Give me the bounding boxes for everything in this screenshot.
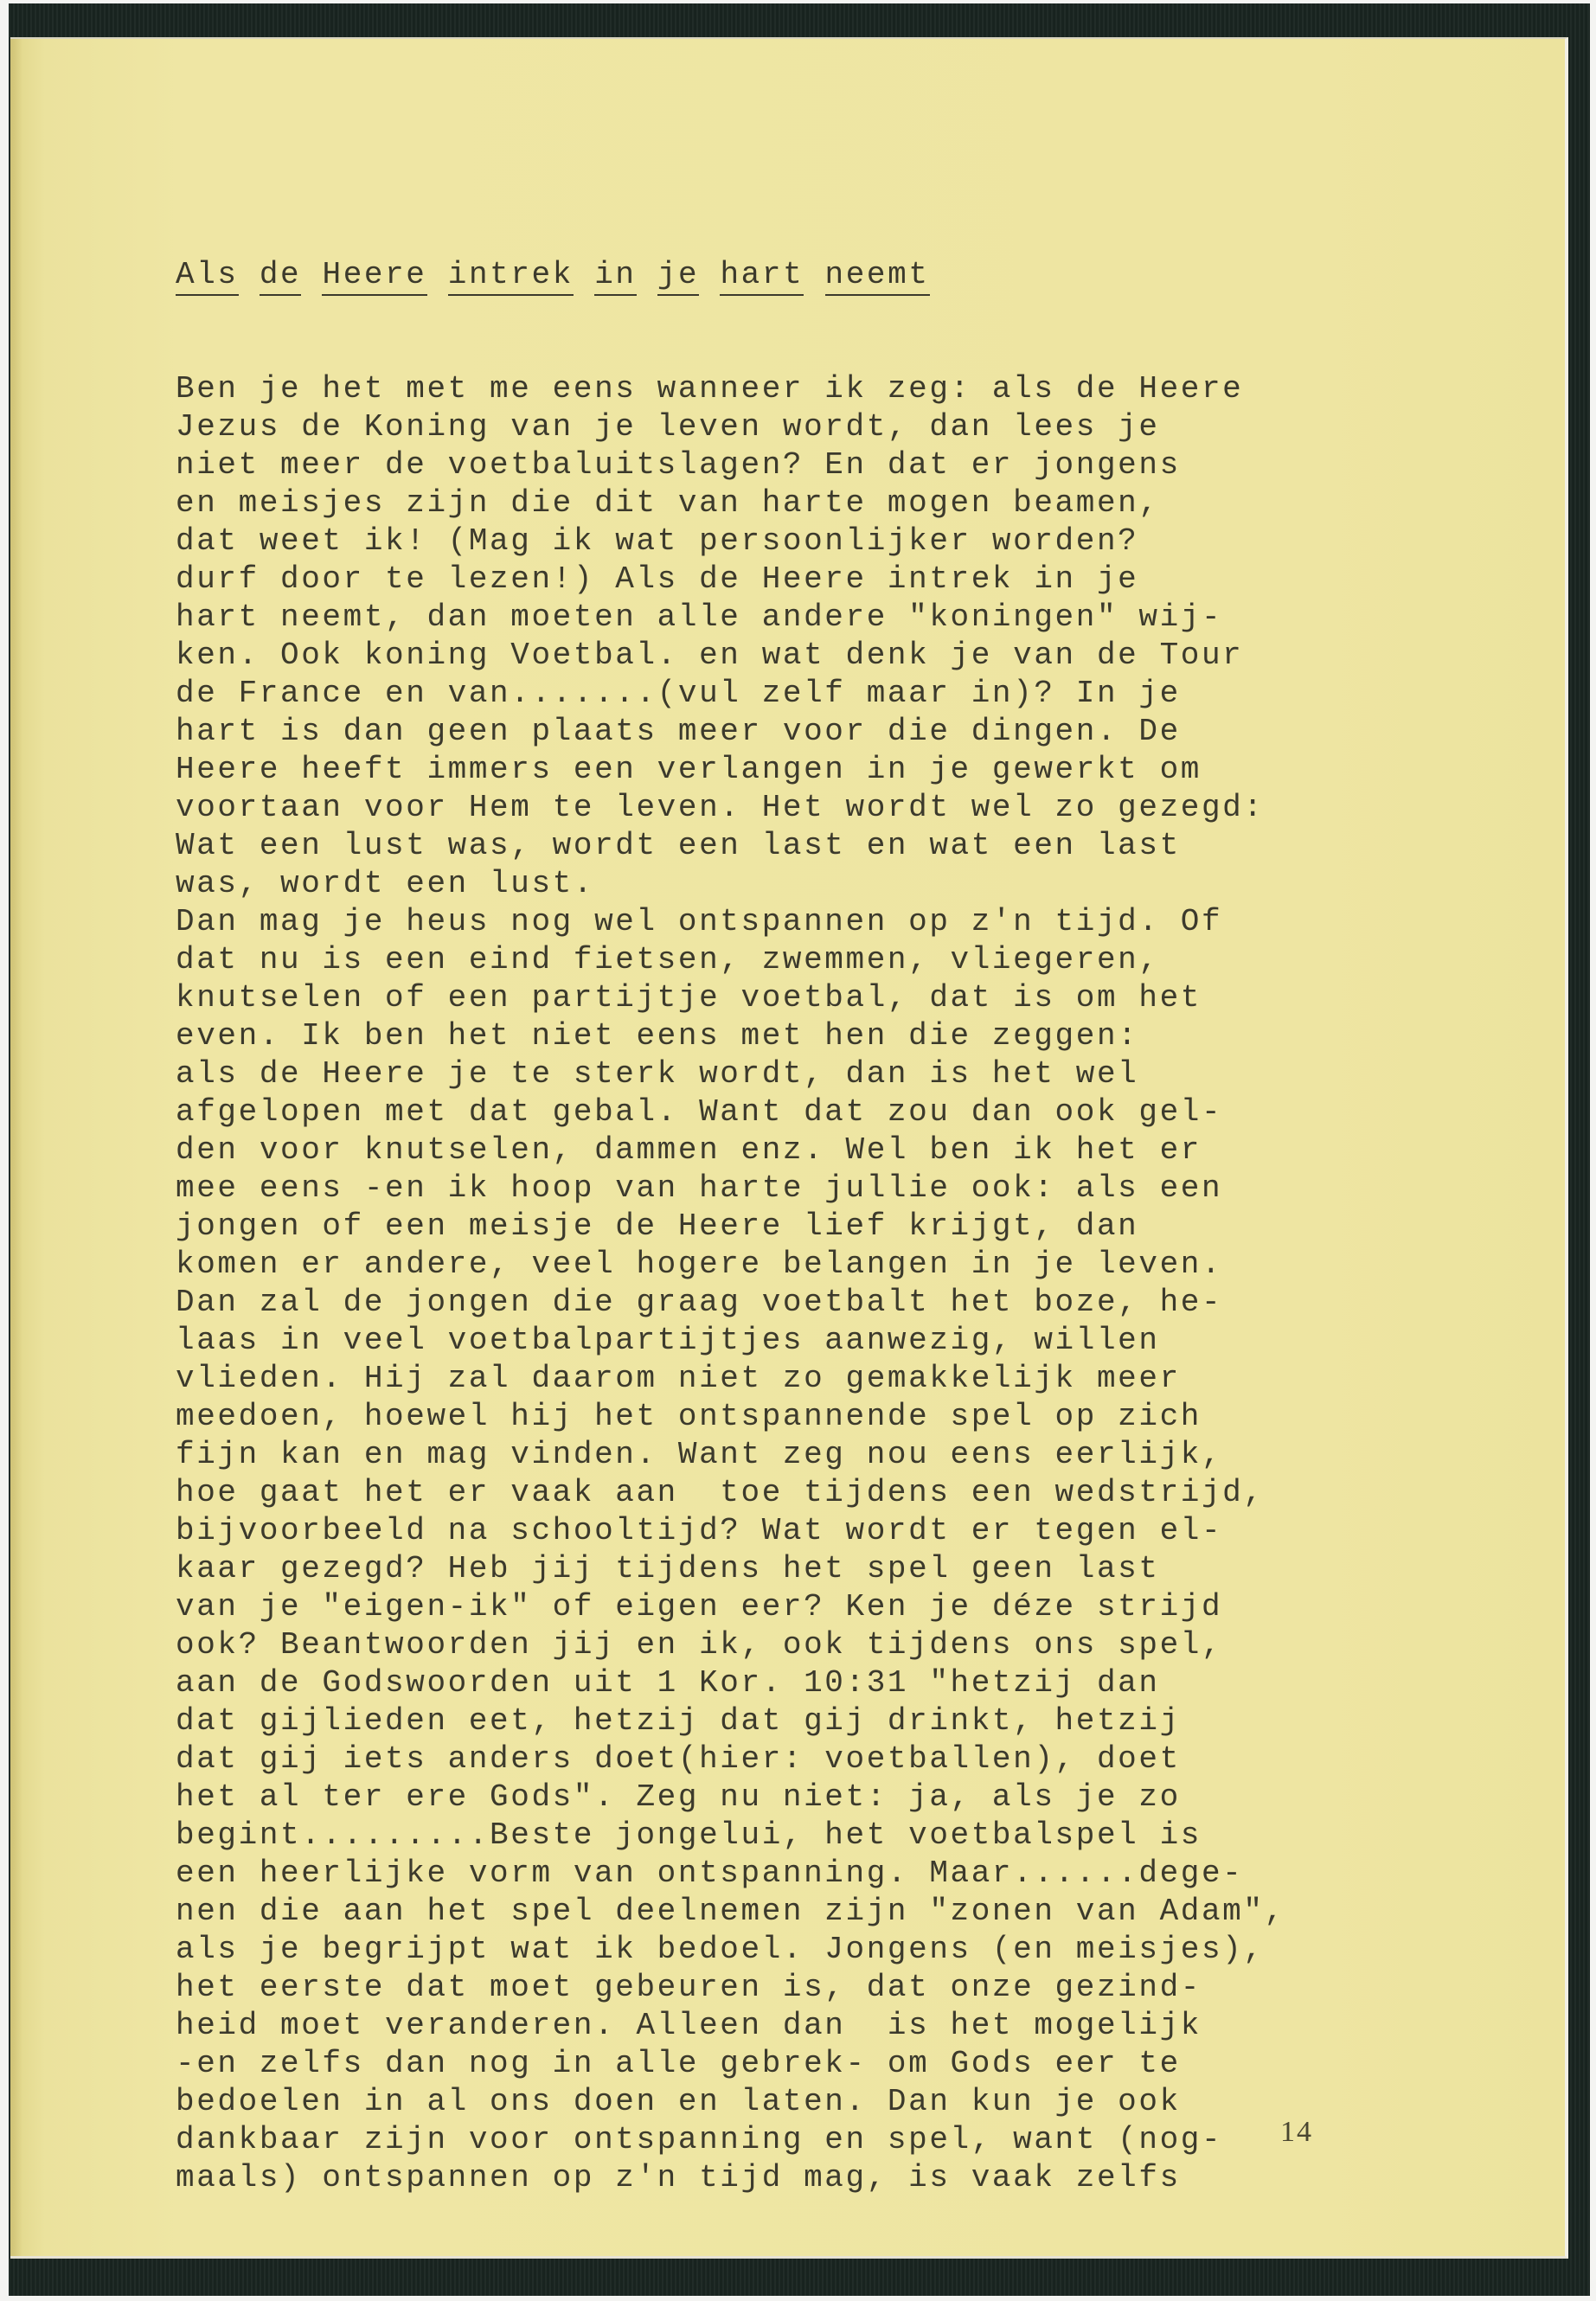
text-line: kaar gezegd? Heb jij tijdens het spel ge…: [176, 1550, 1285, 1588]
text-line: Dan mag je heus nog wel ontspannen op z'…: [176, 903, 1285, 941]
text-line: knutselen of een partijtje voetbal, dat …: [176, 979, 1285, 1017]
text-line: hoe gaat het er vaak aan toe tijdens een…: [176, 1474, 1285, 1512]
text-line: dat gijlieden eet, hetzij dat gij drinkt…: [176, 1702, 1285, 1740]
text-line: laas in veel voetbalpartijtjes aanwezig,…: [176, 1322, 1285, 1360]
text-line: hart neemt, dan moeten alle andere "koni…: [176, 599, 1285, 637]
text-line: komen er andere, veel hogere belangen in…: [176, 1246, 1285, 1284]
text-line: het eerste dat moet gebeuren is, dat onz…: [176, 1969, 1285, 2007]
text-line: dat gij iets anders doet(hier: voetballe…: [176, 1740, 1285, 1779]
text-line: de France en van.......(vul zelf maar in…: [176, 675, 1285, 713]
page-edge-shadow: [10, 39, 22, 2256]
text-line: aan de Godswoorden uit 1 Kor. 10:31 "het…: [176, 1664, 1285, 1702]
text-line: Dan zal de jongen die graag voetbalt het…: [176, 1284, 1285, 1322]
text-line: vlieden. Hij zal daarom niet zo gemakkel…: [176, 1360, 1285, 1398]
text-line: even. Ik ben het niet eens met hen die z…: [176, 1017, 1285, 1055]
text-line: -en zelfs dan nog in alle gebrek- om God…: [176, 2045, 1285, 2083]
text-line: fijn kan en mag vinden. Want zeg nou een…: [176, 1436, 1285, 1474]
text-line: van je "eigen-ik" of eigen eer? Ken je d…: [176, 1588, 1285, 1626]
text-line: bijvoorbeeld na schooltijd? Wat wordt er…: [176, 1512, 1285, 1550]
text-line: heid moet veranderen. Alleen dan is het …: [176, 2007, 1285, 2045]
text-line: ken. Ook koning Voetbal. en wat denk je …: [176, 637, 1285, 675]
title-word: in: [594, 257, 636, 296]
text-line: Wat een lust was, wordt een last en wat …: [176, 827, 1285, 865]
title-word: Als: [176, 257, 239, 296]
text-line: Ben je het met me eens wanneer ik zeg: a…: [176, 370, 1285, 408]
text-line: hart is dan geen plaats meer voor die di…: [176, 713, 1285, 751]
text-line: meedoen, hoewel hij het ontspannende spe…: [176, 1398, 1285, 1436]
page-number: 14: [1280, 2116, 1313, 2149]
text-line: dat weet ik! (Mag ik wat persoonlijker w…: [176, 522, 1285, 561]
text-line: als de Heere je te sterk wordt, dan is h…: [176, 1055, 1285, 1093]
document-body: Als de Heere intrek in je hart neemt Ben…: [176, 180, 1285, 2235]
text-line: niet meer de voetbaluitslagen? En dat er…: [176, 446, 1285, 484]
text-line: durf door te lezen!) Als de Heere intrek…: [176, 561, 1285, 599]
title-word: de: [260, 257, 301, 296]
text-line: en meisjes zijn die dit van harte mogen …: [176, 484, 1285, 522]
text-line: het al ter ere Gods". Zeg nu niet: ja, a…: [176, 1779, 1285, 1817]
text-line: dankbaar zijn voor ontspanning en spel, …: [176, 2121, 1285, 2159]
title-word: intrek: [448, 257, 574, 296]
document-title: Als de Heere intrek in je hart neemt: [176, 256, 1285, 294]
title-word: Heere: [322, 257, 426, 296]
text-line: ook? Beantwoorden jij en ik, ook tijdens…: [176, 1626, 1285, 1664]
text-line: dat nu is een eind fietsen, zwemmen, vli…: [176, 941, 1285, 979]
text-line: een heerlijke vorm van ontspanning. Maar…: [176, 1855, 1285, 1893]
paragraph-lines: Ben je het met me eens wanneer ik zeg: a…: [176, 370, 1285, 2197]
text-line: jongen of een meisje de Heere lief krijg…: [176, 1208, 1285, 1246]
title-word: je: [657, 257, 699, 296]
text-line: maals) ontspannen op z'n tijd mag, is va…: [176, 2159, 1285, 2197]
text-line: was, wordt een lust.: [176, 865, 1285, 903]
text-line: den voor knutselen, dammen enz. Wel ben …: [176, 1131, 1285, 1170]
text-line: Heere heeft immers een verlangen in je g…: [176, 751, 1285, 789]
text-line: afgelopen met dat gebal. Want dat zou da…: [176, 1093, 1285, 1131]
title-word: hart: [720, 257, 804, 296]
text-line: Jezus de Koning van je leven wordt, dan …: [176, 408, 1285, 446]
text-line: mee eens -en ik hoop van harte jullie oo…: [176, 1170, 1285, 1208]
text-line: bedoelen in al ons doen en laten. Dan ku…: [176, 2083, 1285, 2121]
text-line: nen die aan het spel deelnemen zijn "zon…: [176, 1893, 1285, 1931]
text-line: voortaan voor Hem te leven. Het wordt we…: [176, 789, 1285, 827]
text-line: begint.........Beste jongelui, het voetb…: [176, 1817, 1285, 1855]
text-line: als je begrijpt wat ik bedoel. Jongens (…: [176, 1931, 1285, 1969]
title-word: neemt: [825, 257, 930, 296]
